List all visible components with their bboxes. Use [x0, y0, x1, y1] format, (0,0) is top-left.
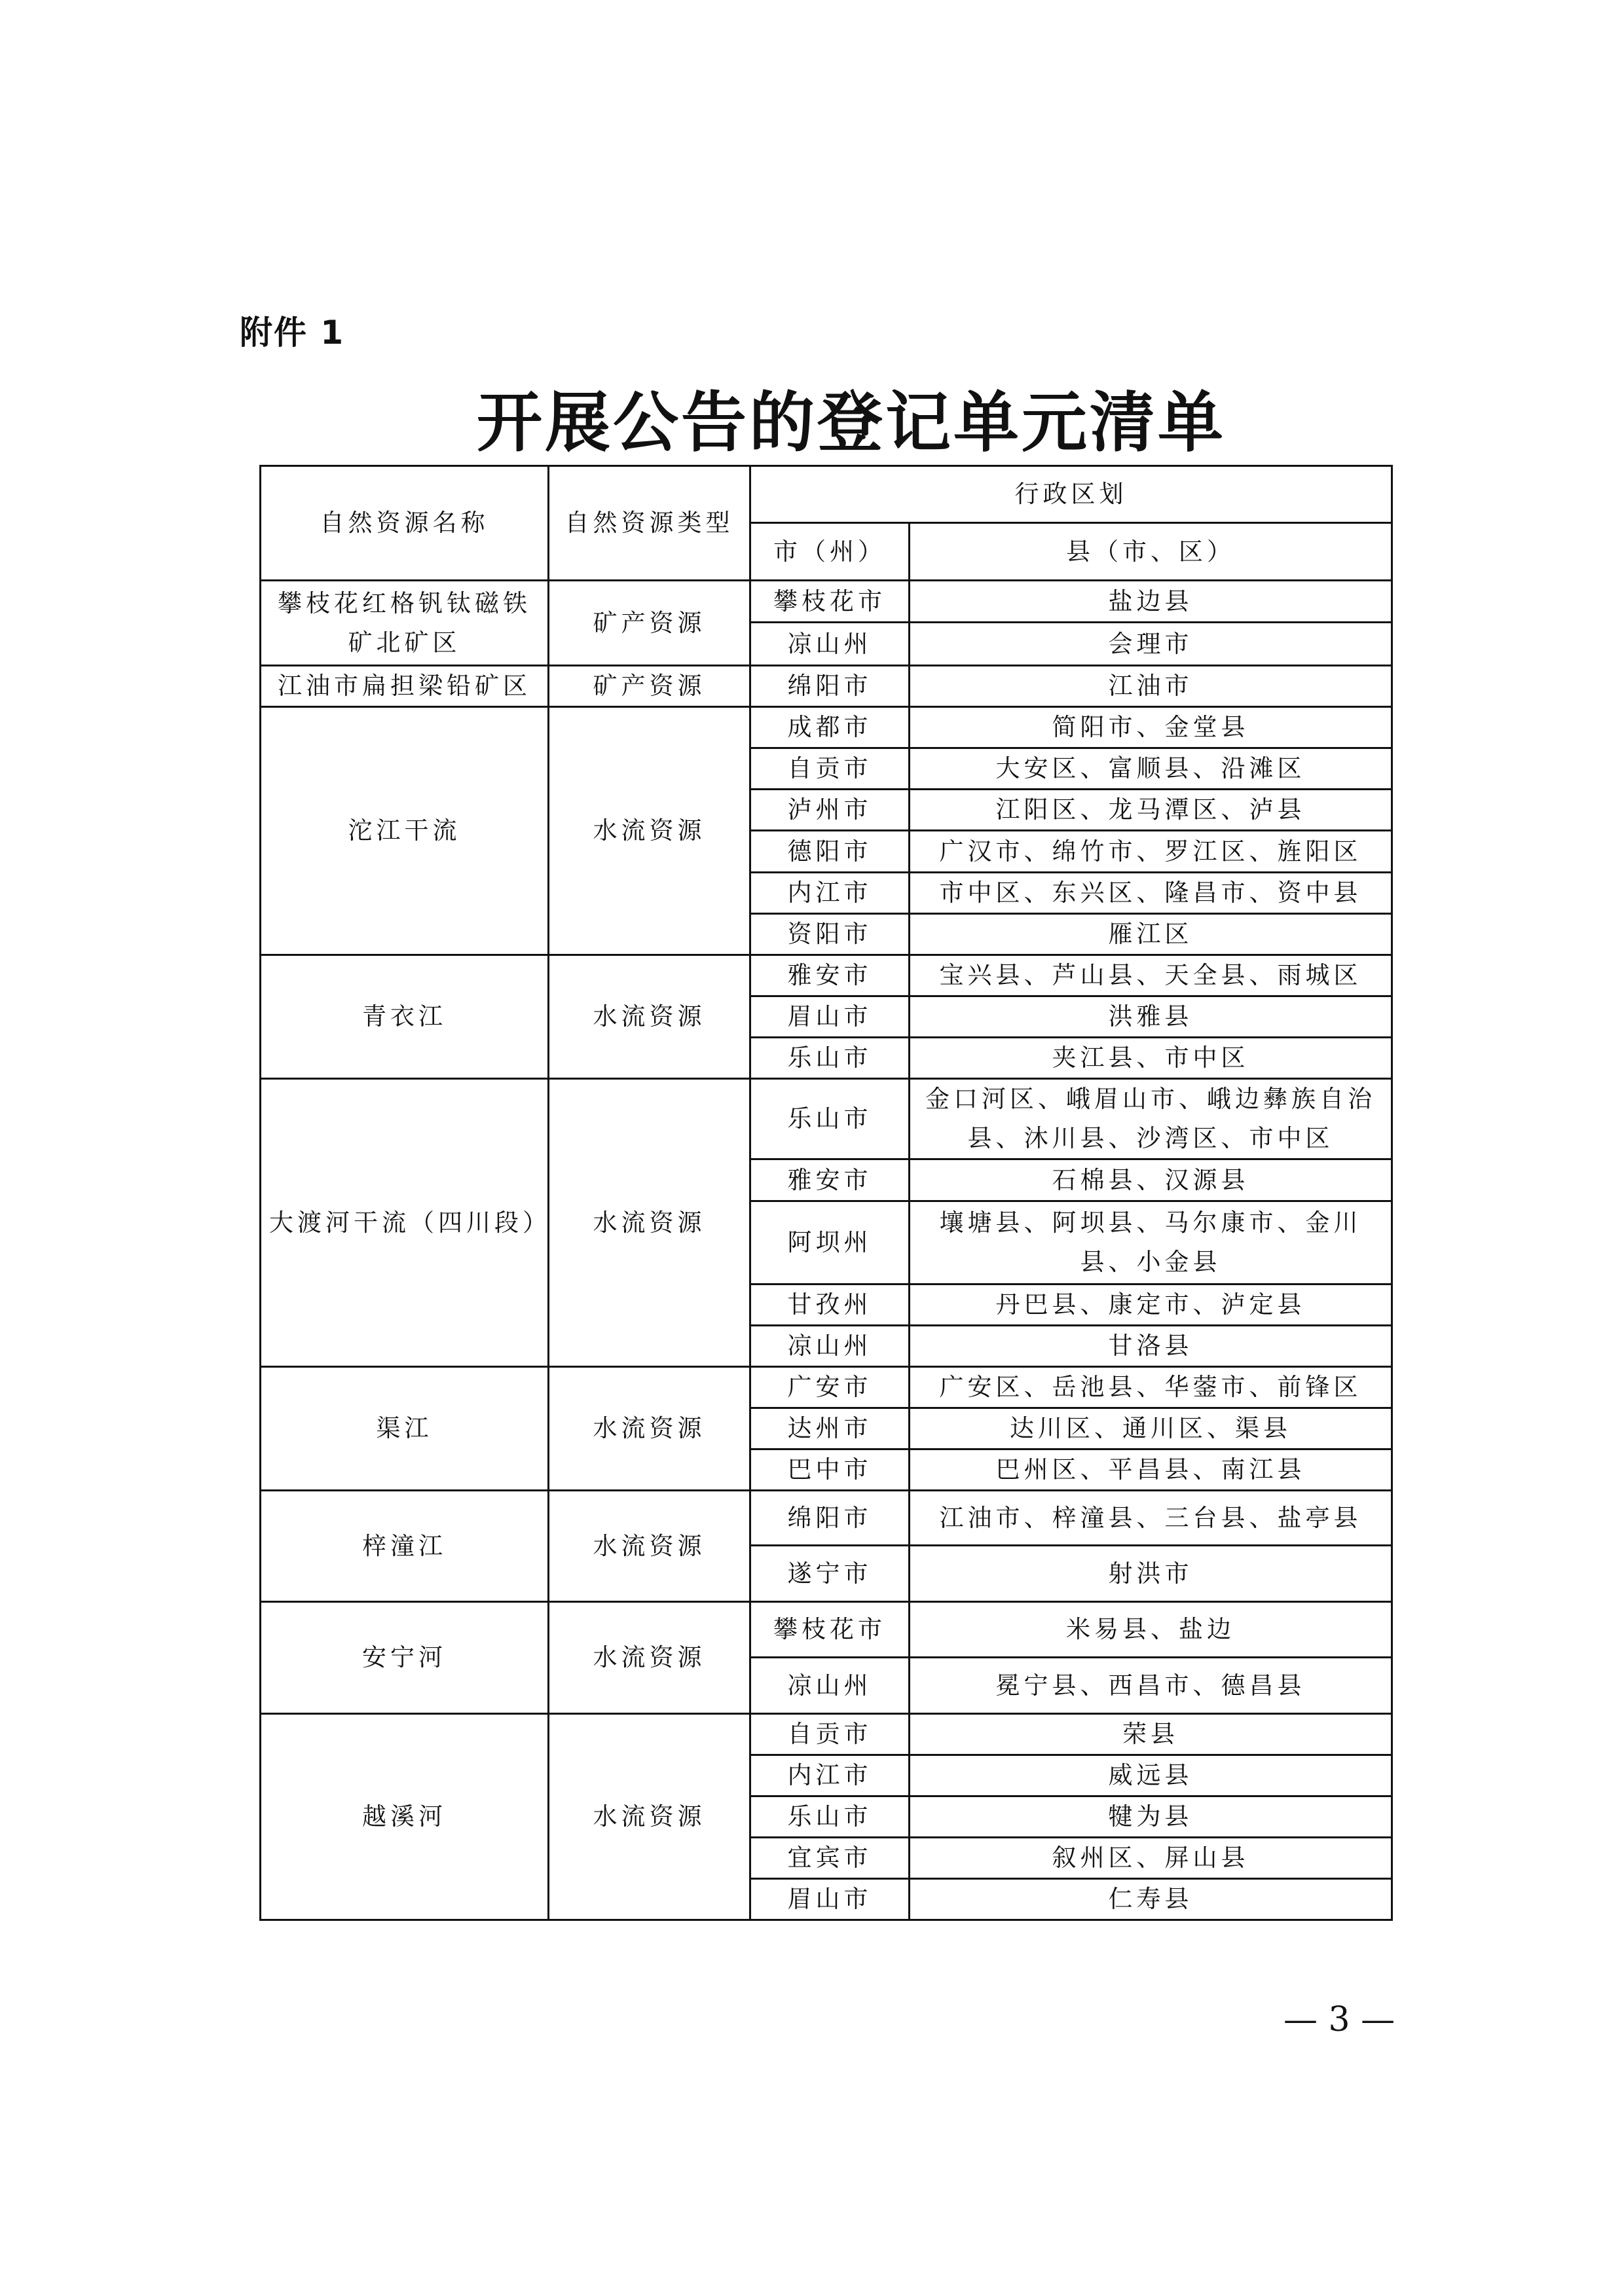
city-cell: 资阳市	[750, 914, 910, 955]
county-cell: 叙州区、屏山县	[910, 1838, 1392, 1879]
city-cell: 绵阳市	[750, 666, 910, 707]
city-cell: 绵阳市	[750, 1491, 910, 1546]
city-cell: 宜宾市	[750, 1838, 910, 1879]
resource-type-cell: 水流资源	[549, 1491, 750, 1602]
county-cell: 江油市	[910, 666, 1392, 707]
county-cell: 仁寿县	[910, 1879, 1392, 1920]
city-cell: 自贡市	[750, 748, 910, 790]
table-header: 自然资源名称 自然资源类型 行政区划 市（州） 县（市、区）	[261, 466, 1392, 581]
city-cell: 遂宁市	[750, 1546, 910, 1602]
county-cell: 大安区、富顺县、沿滩区	[910, 748, 1392, 790]
resource-type-cell: 水流资源	[549, 707, 750, 955]
county-cell: 夹江县、市中区	[910, 1038, 1392, 1079]
county-cell: 市中区、东兴区、隆昌市、资中县	[910, 873, 1392, 914]
city-cell: 眉山市	[750, 1879, 910, 1920]
resource-type-cell: 水流资源	[549, 1602, 750, 1714]
city-cell: 内江市	[750, 873, 910, 914]
resource-type-cell: 水流资源	[549, 1079, 750, 1367]
city-cell: 自贡市	[750, 1714, 910, 1755]
city-cell: 德阳市	[750, 831, 910, 873]
county-cell: 冕宁县、西昌市、德昌县	[910, 1658, 1392, 1714]
county-cell: 荣县	[910, 1714, 1392, 1755]
table-row: 青衣江水流资源雅安市宝兴县、芦山县、天全县、雨城区	[261, 955, 1392, 996]
city-cell: 达州市	[750, 1408, 910, 1449]
city-cell: 阿坝州	[750, 1201, 910, 1285]
table-row: 大渡河干流（四川段）水流资源乐山市金口河区、峨眉山市、峨边彝族自治县、沐川县、沙…	[261, 1079, 1392, 1159]
resource-name-cell: 青衣江	[261, 955, 549, 1079]
county-cell: 壤塘县、阿坝县、马尔康市、金川县、小金县	[910, 1201, 1392, 1285]
county-cell: 广汉市、绵竹市、罗江区、旌阳区	[910, 831, 1392, 873]
county-cell: 射洪市	[910, 1546, 1392, 1602]
table-row: 江油市扁担梁铅矿区矿产资源绵阳市江油市	[261, 666, 1392, 707]
county-cell: 甘洛县	[910, 1326, 1392, 1367]
city-cell: 乐山市	[750, 1079, 910, 1159]
resource-name-cell: 大渡河干流（四川段）	[261, 1079, 549, 1367]
resource-name-cell: 江油市扁担梁铅矿区	[261, 666, 549, 707]
city-cell: 雅安市	[750, 1159, 910, 1201]
city-cell: 巴中市	[750, 1449, 910, 1491]
county-cell: 犍为县	[910, 1796, 1392, 1838]
city-cell: 凉山州	[750, 623, 910, 666]
resource-name-cell: 沱江干流	[261, 707, 549, 955]
county-cell: 巴州区、平昌县、南江县	[910, 1449, 1392, 1491]
resource-type-cell: 水流资源	[549, 1367, 750, 1491]
header-city: 市（州）	[750, 523, 910, 581]
city-cell: 广安市	[750, 1367, 910, 1408]
table-row: 沱江干流水流资源成都市简阳市、金堂县	[261, 707, 1392, 748]
county-cell: 金口河区、峨眉山市、峨边彝族自治县、沐川县、沙湾区、市中区	[910, 1079, 1392, 1159]
county-cell: 江阳区、龙马潭区、泸县	[910, 790, 1392, 831]
table-row: 安宁河水流资源攀枝花市米易县、盐边	[261, 1602, 1392, 1658]
resource-name-cell: 安宁河	[261, 1602, 549, 1714]
city-cell: 内江市	[750, 1755, 910, 1796]
city-cell: 泸州市	[750, 790, 910, 831]
county-cell: 米易县、盐边	[910, 1602, 1392, 1658]
attachment-label: 附件 1	[240, 306, 344, 354]
city-cell: 攀枝花市	[750, 1602, 910, 1658]
table-row: 越溪河水流资源自贡市荣县	[261, 1714, 1392, 1755]
city-cell: 成都市	[750, 707, 910, 748]
county-cell: 威远县	[910, 1755, 1392, 1796]
resource-type-cell: 水流资源	[549, 1714, 750, 1920]
resource-type-cell: 矿产资源	[549, 581, 750, 666]
resource-type-cell: 水流资源	[549, 955, 750, 1079]
city-cell: 凉山州	[750, 1658, 910, 1714]
city-cell: 乐山市	[750, 1038, 910, 1079]
header-county: 县（市、区）	[910, 523, 1392, 581]
table-body: 攀枝花红格钒钛磁铁矿北矿区矿产资源攀枝花市盐边县凉山州会理市江油市扁担梁铅矿区矿…	[261, 581, 1392, 1920]
resource-type-cell: 矿产资源	[549, 666, 750, 707]
header-resource-type: 自然资源类型	[549, 466, 750, 581]
county-cell: 丹巴县、康定市、泸定县	[910, 1285, 1392, 1326]
city-cell: 攀枝花市	[750, 581, 910, 623]
header-resource-name: 自然资源名称	[261, 466, 549, 581]
resource-name-cell: 渠江	[261, 1367, 549, 1491]
resource-name-cell: 梓潼江	[261, 1491, 549, 1602]
county-cell: 洪雅县	[910, 996, 1392, 1038]
registration-units-table: 自然资源名称 自然资源类型 行政区划 市（州） 县（市、区） 攀枝花红格钒钛磁铁…	[259, 465, 1393, 1921]
county-cell: 会理市	[910, 623, 1392, 666]
county-cell: 雁江区	[910, 914, 1392, 955]
header-admin-division: 行政区划	[750, 466, 1392, 523]
resource-name-cell: 越溪河	[261, 1714, 549, 1920]
county-cell: 盐边县	[910, 581, 1392, 623]
county-cell: 江油市、梓潼县、三台县、盐亭县	[910, 1491, 1392, 1546]
county-cell: 简阳市、金堂县	[910, 707, 1392, 748]
table-row: 攀枝花红格钒钛磁铁矿北矿区矿产资源攀枝花市盐边县	[261, 581, 1392, 623]
resource-name-cell: 攀枝花红格钒钛磁铁矿北矿区	[261, 581, 549, 666]
city-cell: 甘孜州	[750, 1285, 910, 1326]
county-cell: 达川区、通川区、渠县	[910, 1408, 1392, 1449]
page-number: — 3 —	[1283, 2000, 1395, 2039]
city-cell: 乐山市	[750, 1796, 910, 1838]
city-cell: 凉山州	[750, 1326, 910, 1367]
county-cell: 石棉县、汉源县	[910, 1159, 1392, 1201]
document-title: 开展公告的登记单元清单	[0, 370, 1624, 464]
county-cell: 宝兴县、芦山县、天全县、雨城区	[910, 955, 1392, 996]
city-cell: 雅安市	[750, 955, 910, 996]
county-cell: 广安区、岳池县、华蓥市、前锋区	[910, 1367, 1392, 1408]
table-row: 梓潼江水流资源绵阳市江油市、梓潼县、三台县、盐亭县	[261, 1491, 1392, 1546]
table-row: 渠江水流资源广安市广安区、岳池县、华蓥市、前锋区	[261, 1367, 1392, 1408]
city-cell: 眉山市	[750, 996, 910, 1038]
